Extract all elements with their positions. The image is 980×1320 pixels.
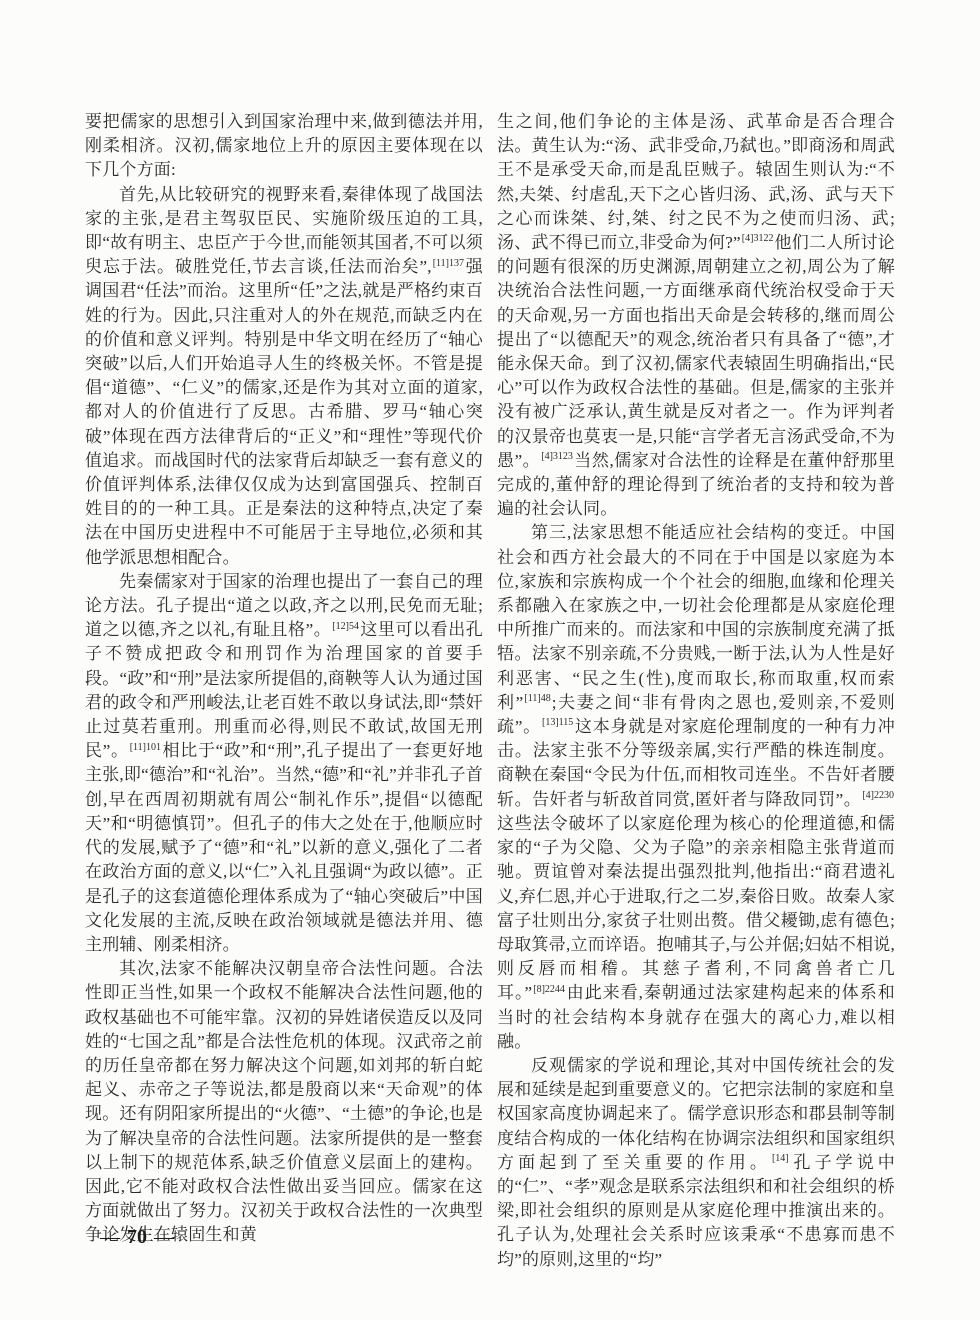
- citation-ref: [14]: [771, 1153, 790, 1164]
- citation-ref: [11]137: [432, 258, 465, 269]
- footer-dash-left: —: [100, 1226, 120, 1249]
- paper-page: 要把儒家的思想引入到国家治理中来,做到德法并用,刚柔相济。汉初,儒家地位上升的原…: [0, 0, 980, 1320]
- citation-ref: [12]54: [331, 621, 360, 632]
- text-columns: 要把儒家的思想引入到国家治理中来,做到德法并用,刚柔相济。汉初,儒家地位上升的原…: [85, 110, 895, 1272]
- footer-dash-right: —: [154, 1226, 174, 1249]
- paragraph: 先秦儒家对于国家的治理也提出了一套自己的理论方法。孔子提出“道之以政,齐之以刑,…: [85, 570, 483, 957]
- paragraph: 其次,法家不能解决汉朝皇帝合法性问题。合法性即正当性,如果一个政权不能解决合法性…: [85, 957, 483, 1247]
- paragraph: 第三,法家思想不能适应社会结构的变迁。中国社会和西方社会最大的不同在于中国是以家…: [497, 521, 895, 1053]
- citation-ref: [13]115: [541, 717, 574, 728]
- citation-ref: [11]48: [523, 693, 551, 704]
- citation-ref: [4]3123: [540, 451, 574, 462]
- citation-ref: [8]2244: [532, 984, 566, 995]
- paragraph: 首先,从比较研究的视野来看,秦律体现了战国法家的主张,是君主驾驭臣民、实施阶级压…: [85, 183, 483, 570]
- citation-ref: [4]3122: [741, 233, 775, 244]
- paragraph: 要把儒家的思想引入到国家治理中来,做到德法并用,刚柔相济。汉初,儒家地位上升的原…: [85, 110, 483, 183]
- page-number: 70: [127, 1226, 147, 1249]
- paragraph: 反观儒家的学说和理论,其对中国传统社会的发展和延续是起到重要意义的。它把宗法制的…: [497, 1054, 895, 1272]
- citation-ref: [4]2230: [861, 790, 895, 801]
- right-column: 生之间,他们争论的主体是汤、武革命是否合理合法。黄生认为:“汤、武非受命,乃弑也…: [497, 110, 895, 1272]
- citation-ref: [11]101: [129, 742, 162, 753]
- page-footer: — 70 —: [100, 1226, 174, 1249]
- left-column: 要把儒家的思想引入到国家治理中来,做到德法并用,刚柔相济。汉初,儒家地位上升的原…: [85, 110, 483, 1272]
- paragraph: 生之间,他们争论的主体是汤、武革命是否合理合法。黄生认为:“汤、武非受命,乃弑也…: [497, 110, 895, 521]
